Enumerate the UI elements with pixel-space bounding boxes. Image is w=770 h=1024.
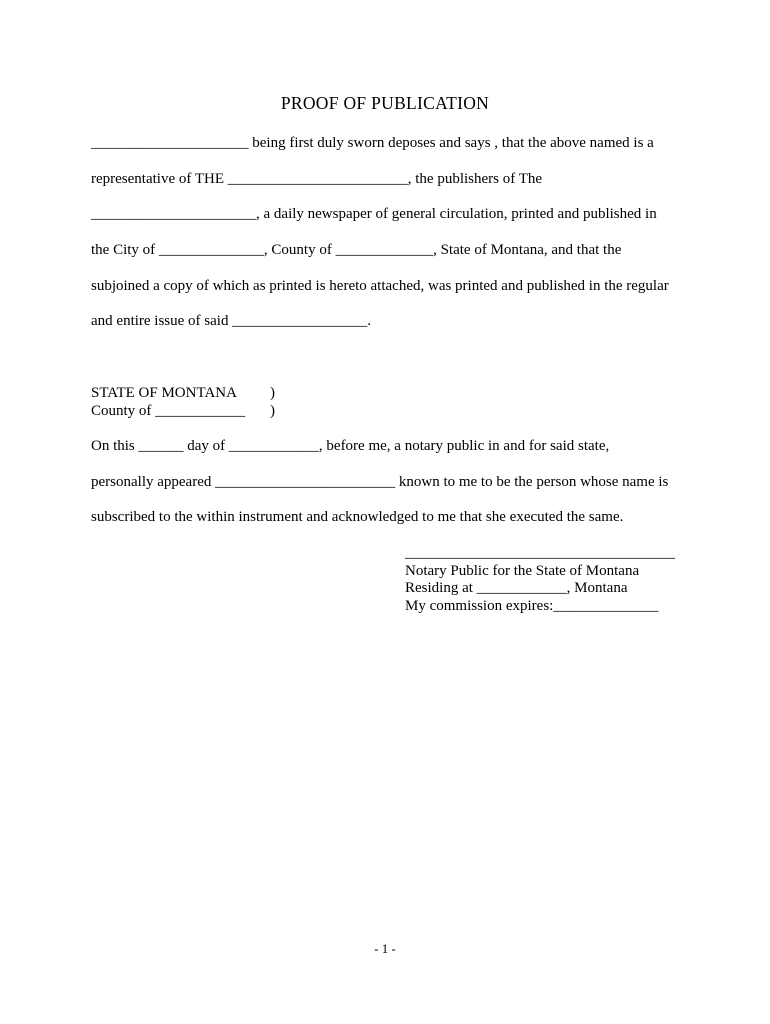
notary-residing-line: Residing at ____________, Montana xyxy=(405,580,675,598)
venue-county-label: County of ____________ xyxy=(91,402,270,420)
venue-block: STATE OF MONTANA ) County of ___________… xyxy=(91,384,275,420)
affidavit-line-city-county: the City of ______________, County of __… xyxy=(91,233,669,269)
venue-county-row: County of ____________ ) xyxy=(91,402,275,420)
document-title: PROOF OF PUBLICATION xyxy=(0,93,770,114)
ack-line-subscribed: subscribed to the within instrument and … xyxy=(91,500,668,536)
affidavit-line-newspaper: ______________________, a daily newspape… xyxy=(91,197,669,233)
ack-line-appeared: personally appeared ____________________… xyxy=(91,465,668,501)
notary-signature-line: ____________________________________ xyxy=(405,545,675,563)
document-page: PROOF OF PUBLICATION ___________________… xyxy=(0,0,770,1024)
affidavit-line-subjoined: subjoined a copy of which as printed is … xyxy=(91,269,669,305)
venue-paren: ) xyxy=(270,402,275,420)
affidavit-line-issue: and entire issue of said _______________… xyxy=(91,304,669,340)
notary-commission-line: My commission expires:______________ xyxy=(405,598,675,616)
venue-state-row: STATE OF MONTANA ) xyxy=(91,384,275,402)
affidavit-line-representative: representative of THE __________________… xyxy=(91,162,669,198)
venue-state-label: STATE OF MONTANA xyxy=(91,384,270,402)
notary-acknowledgment: On this ______ day of ____________, befo… xyxy=(91,429,668,536)
notary-title-line: Notary Public for the State of Montana xyxy=(405,563,675,581)
venue-paren: ) xyxy=(270,384,275,402)
notary-signature-block: ____________________________________ Not… xyxy=(405,545,675,615)
affidavit-line-deponent: _____________________ being first duly s… xyxy=(91,126,669,162)
page-number: - 1 - xyxy=(0,941,770,957)
ack-line-date: On this ______ day of ____________, befo… xyxy=(91,429,668,465)
affidavit-paragraph: _____________________ being first duly s… xyxy=(91,126,669,340)
